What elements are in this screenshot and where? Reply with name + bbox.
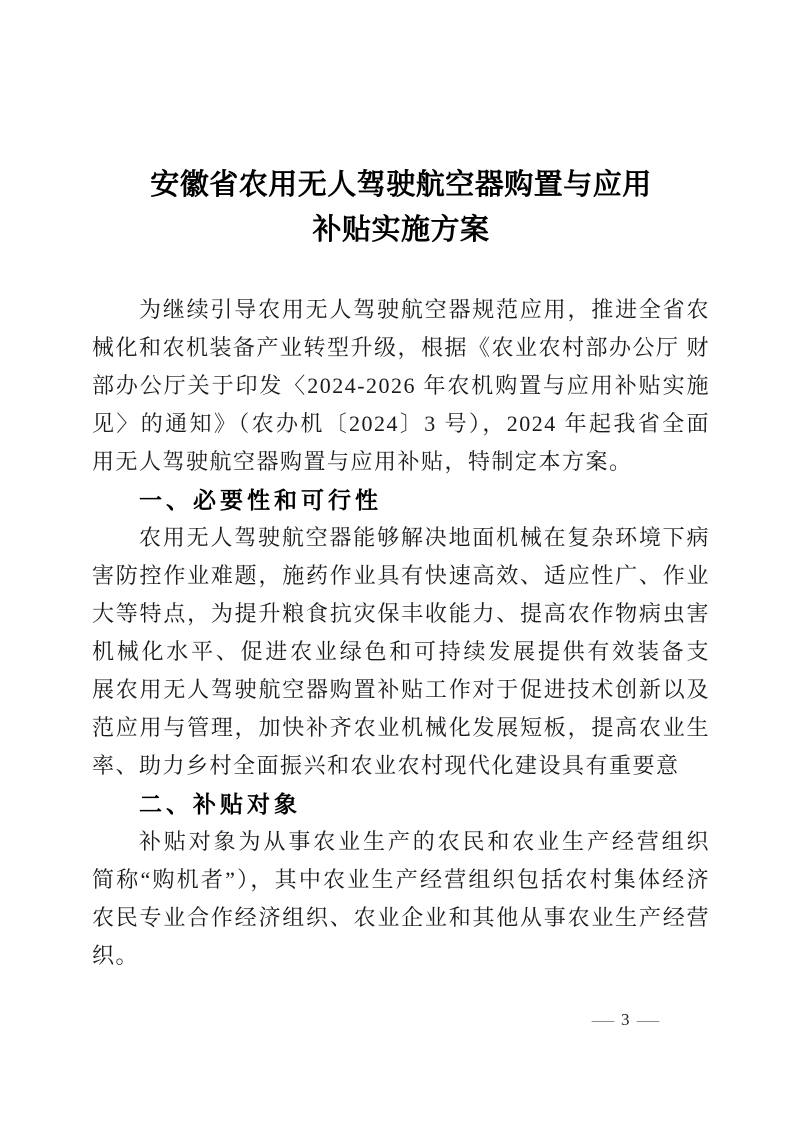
paragraph-1-line-1: 为继续引导农用无人驾驶航空器规范应用，推进全省农业机 — [92, 291, 710, 329]
paragraph-2-line-2: 害防控作业难题，施药作业具有快速高效、适应性广、作业范围 — [92, 557, 710, 595]
paragraph-2-line-1: 农用无人驾驶航空器能够解决地面机械在复杂环境下病虫 — [92, 519, 710, 557]
paragraph-3-line-1: 补贴对象为从事农业生产的农民和农业生产经营组织（以下 — [92, 823, 710, 861]
paragraph-1-line-5: 用无人驾驶航空器购置与应用补贴，特制定本方案。 — [92, 443, 710, 481]
paragraph-2-line-5: 展农用无人驾驶航空器购置补贴工作对于促进技术创新以及规 — [92, 671, 710, 709]
paragraph-3-line-4: 织。 — [92, 937, 710, 975]
document-title-line-2: 补贴实施方案 — [92, 208, 710, 253]
paragraph-3-line-3: 农民专业合作经济组织、农业企业和其他从事农业生产经营的组 — [92, 899, 710, 937]
footer-dash-left: — — [592, 1007, 615, 1033]
footer-dash-right: — — [636, 1007, 659, 1033]
paragraph-2-line-7: 率、助力乡村全面振兴和农业农村现代化建设具有重要意义。 — [92, 747, 710, 785]
document-title: 安徽省农用无人驾驶航空器购置与应用 补贴实施方案 — [92, 163, 710, 253]
paragraph-2-line-4: 机械化水平、促进农业绿色和可持续发展提供有效装备支撑。开 — [92, 633, 710, 671]
page-footer: — 3 — — [594, 1007, 657, 1033]
paragraph-2-line-3: 大等特点，为提升粮食抗灾保丰收能力、提高农作物病虫害防治 — [92, 595, 710, 633]
paragraph-3-line-2: 简称“购机者”），其中农业生产经营组织包括农村集体经济组织、 — [92, 861, 710, 899]
paragraph-1-line-4: 见〉的通知》（农办机〔2024〕3 号），2024 年起我省全面开展农 — [92, 405, 710, 443]
page-number: 3 — [621, 1007, 630, 1033]
section-heading-2: 二、补贴对象 — [92, 785, 710, 823]
document-body: 为继续引导农用无人驾驶航空器规范应用，推进全省农业机 械化和农机装备产业转型升级… — [92, 291, 710, 975]
document-title-line-1: 安徽省农用无人驾驶航空器购置与应用 — [92, 163, 710, 208]
paragraph-2-line-6: 范应用与管理，加快补齐农业机械化发展短板，提高农业生产效 — [92, 709, 710, 747]
paragraph-1-line-3: 部办公厅关于印发〈2024-2026 年农机购置与应用补贴实施意 — [92, 367, 710, 405]
section-heading-1: 一、必要性和可行性 — [92, 481, 710, 519]
document-page: 安徽省农用无人驾驶航空器购置与应用 补贴实施方案 为继续引导农用无人驾驶航空器规… — [0, 0, 793, 1122]
paragraph-1-line-2: 械化和农机装备产业转型升级，根据《农业农村部办公厅 财政 — [92, 329, 710, 367]
